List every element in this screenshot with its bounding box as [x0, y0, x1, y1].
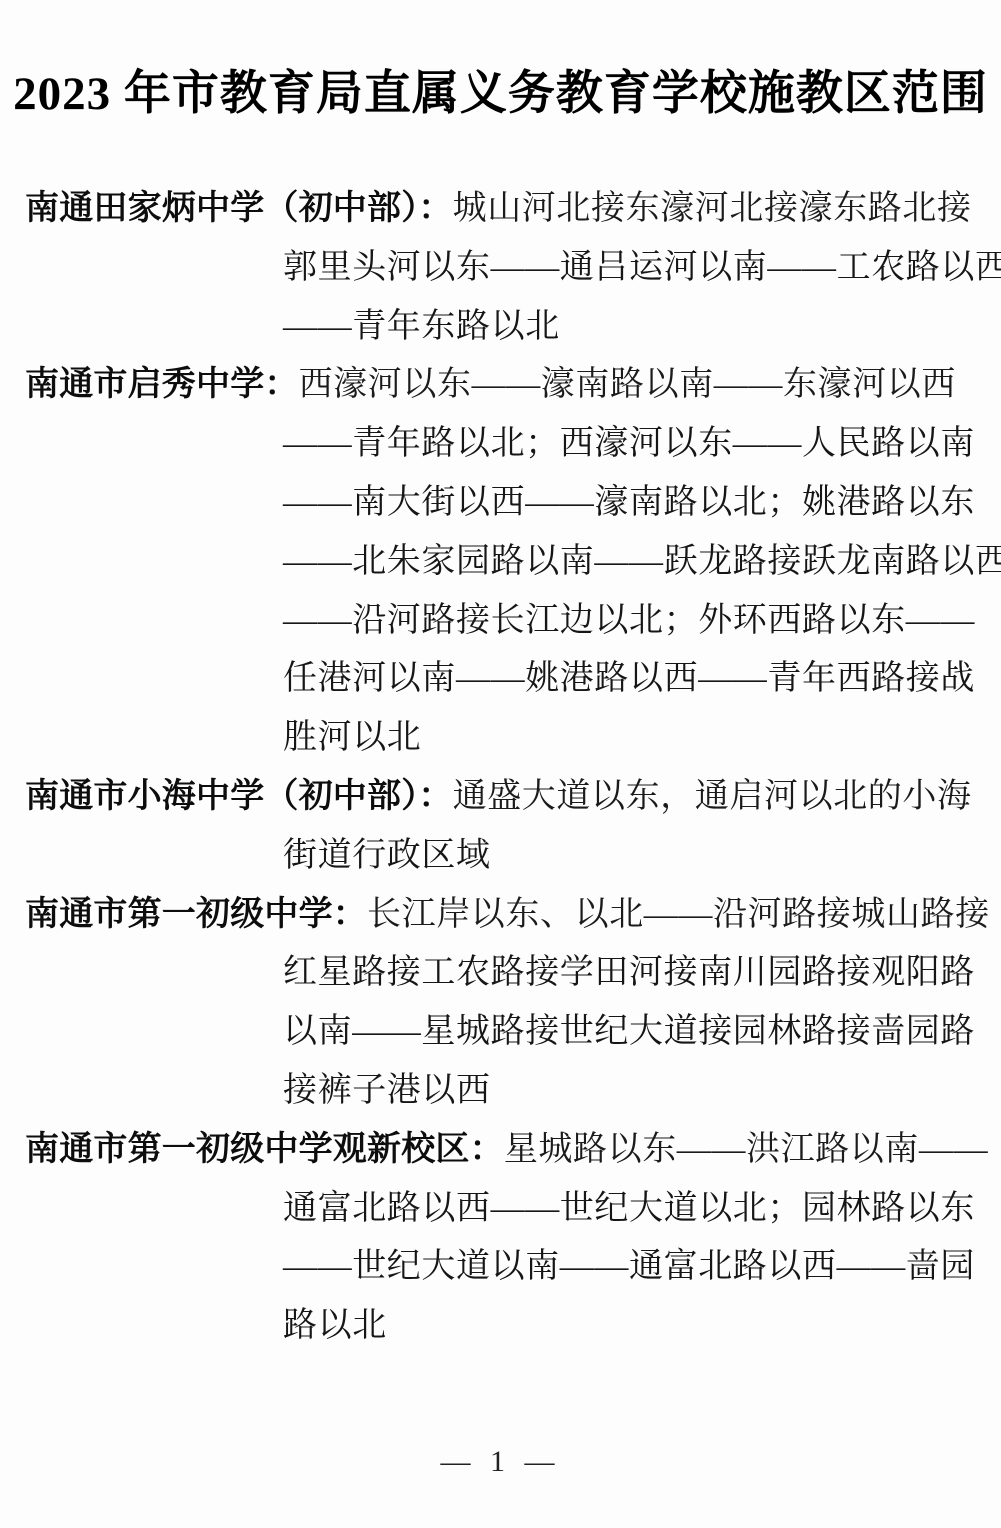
district-text: 长江岸以东、以北——沿河路接城山路接 [367, 896, 990, 933]
entry-first-line: 南通市小海中学（初中部）：通盛大道以东，通启河以北的小海 [25, 768, 977, 827]
district-text: 城山河北接东濠河北接濠东路北接 [453, 190, 972, 227]
school-entry-diyi-chuji: 南通市第一初级中学：长江岸以东、以北——沿河路接城山路接 红星路接工农路接学田河… [25, 886, 977, 1121]
school-entry-xiaohai: 南通市小海中学（初中部）：通盛大道以东，通启河以北的小海 街道行政区域 [25, 768, 977, 886]
district-text: 通盛大道以东，通启河以北的小海 [453, 778, 972, 815]
district-text: 通富北路以西——世纪大道以北；园林路以东 [25, 1180, 977, 1239]
entry-first-line: 南通市启秀中学：西濠河以东——濠南路以南——东濠河以西 [25, 356, 977, 415]
school-name: 南通市小海中学（初中部）： [25, 778, 453, 815]
district-text: ——南大街以西——濠南路以北；姚港路以东 [25, 474, 977, 533]
school-entry-diyi-chuji-guanxin: 南通市第一初级中学观新校区：星城路以东——洪江路以南—— 通富北路以西——世纪大… [25, 1121, 977, 1356]
document-page: 2023 年市教育局直属义务教育学校施教区范围 南通田家炳中学（初中部）：城山河… [0, 0, 1001, 1528]
district-text: ——青年东路以北 [25, 298, 977, 357]
district-text: ——世纪大道以南——通富北路以西——啬园 [25, 1238, 977, 1297]
district-text: 郭里头河以东——通吕运河以南——工农路以西 [25, 239, 977, 298]
district-text: 星城路以东——洪江路以南—— [504, 1131, 988, 1168]
school-name: 南通市启秀中学： [25, 366, 299, 403]
district-text: ——青年路以北；西濠河以东——人民路以南 [25, 415, 977, 474]
page-number: — 1 — [0, 1445, 1001, 1479]
district-text: 红星路接工农路接学田河接南川园路接观阳路 [25, 944, 977, 1003]
school-entry-qixiu: 南通市启秀中学：西濠河以东——濠南路以南——东濠河以西 ——青年路以北；西濠河以… [25, 356, 977, 768]
district-text: ——沿河路接长江边以北；外环西路以东—— [25, 592, 977, 651]
entry-first-line: 南通市第一初级中学观新校区：星城路以东——洪江路以南—— [25, 1121, 977, 1180]
district-text: 西濠河以东——濠南路以南——东濠河以西 [299, 366, 956, 403]
district-text: 以南——星城路接世纪大道接园林路接啬园路 [25, 1003, 977, 1062]
entry-first-line: 南通市第一初级中学：长江岸以东、以北——沿河路接城山路接 [25, 886, 977, 945]
document-body: 南通田家炳中学（初中部）：城山河北接东濠河北接濠东路北接 郭里头河以东——通吕运… [25, 180, 977, 1356]
district-text: 任港河以南——姚港路以西——青年西路接战 [25, 650, 977, 709]
school-name: 南通市第一初级中学： [25, 896, 367, 933]
district-text: 胜河以北 [25, 709, 977, 768]
entry-first-line: 南通田家炳中学（初中部）：城山河北接东濠河北接濠东路北接 [25, 180, 977, 239]
school-name: 南通市第一初级中学观新校区： [25, 1131, 504, 1168]
school-name: 南通田家炳中学（初中部）： [25, 190, 453, 227]
district-text: 路以北 [25, 1297, 977, 1356]
district-text: ——北朱家园路以南——跃龙路接跃龙南路以西 [25, 533, 977, 592]
school-entry-tianjiabing: 南通田家炳中学（初中部）：城山河北接东濠河北接濠东路北接 郭里头河以东——通吕运… [25, 180, 977, 356]
district-text: 街道行政区域 [25, 827, 977, 886]
district-text: 接裤子港以西 [25, 1062, 977, 1121]
document-title: 2023 年市教育局直属义务教育学校施教区范围 [0, 56, 1001, 123]
